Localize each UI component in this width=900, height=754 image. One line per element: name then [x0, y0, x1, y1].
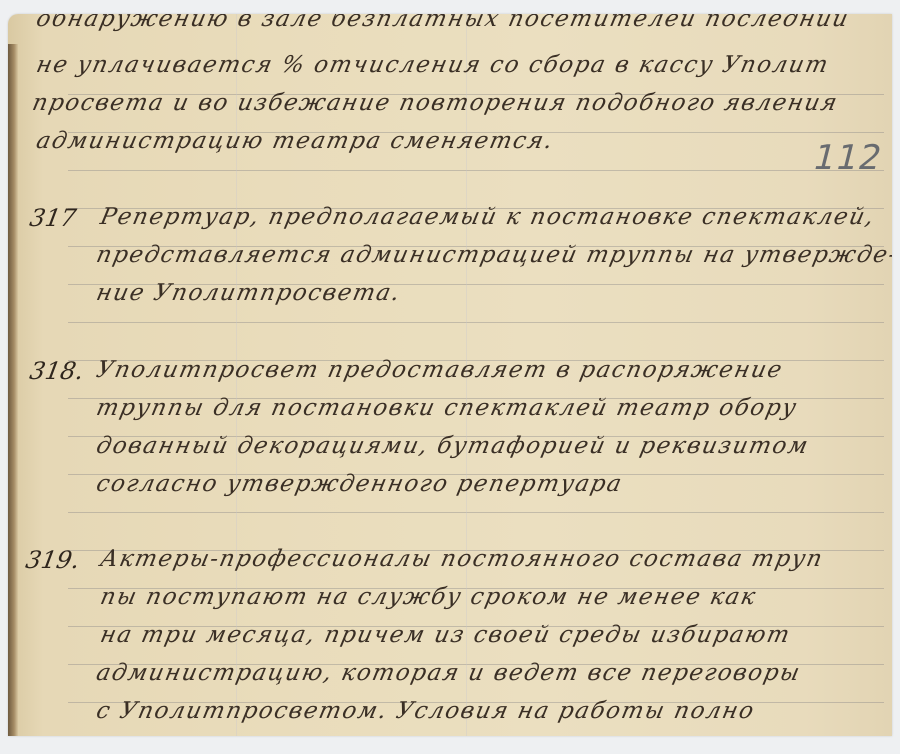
text-line: не уплачивается % отчисления со сбора в … — [34, 52, 832, 78]
text-line: труппы для постановки спектаклей театр о… — [94, 395, 800, 421]
page-number: 112 — [809, 138, 887, 178]
text-line: пы поступают на службу сроком не менее к… — [98, 584, 759, 610]
text-line: дованный декорациями, бутафорией и рекви… — [94, 433, 812, 459]
text-line: администрацию, которая и ведет все перег… — [94, 660, 803, 686]
text-line: администрацию театра сменяется. — [34, 128, 556, 154]
ruled-line — [68, 322, 884, 323]
text-line: Репертуар, предполагаемый к постановке с… — [98, 204, 877, 230]
ruled-line — [68, 170, 884, 171]
text-line: просвета и во избежание повторения подоб… — [30, 90, 841, 116]
text-line: ние Уполитпросвета. — [94, 280, 403, 306]
text-line: согласно утвержденного репертуара — [94, 471, 625, 497]
paragraph-number: 319. — [24, 546, 82, 574]
page-binding-edge — [8, 44, 18, 736]
ruled-line — [68, 512, 884, 513]
paragraph-number: 317 — [28, 204, 79, 232]
scanned-document: обнаружению в зале безплатных посетителе… — [0, 0, 900, 754]
notebook-page: обнаружению в зале безплатных посетителе… — [8, 14, 892, 736]
text-line: на три месяца, причем из своей среды изб… — [98, 622, 793, 648]
text-line: Актеры-профессионалы постоянного состава… — [98, 546, 826, 572]
text-line: с Уполитпросветом. Условия на работы пол… — [94, 698, 757, 724]
paragraph-number: 318. — [28, 357, 86, 385]
text-line: Уполитпросвет предоставляет в распоряжен… — [94, 357, 786, 383]
text-line: представляется администрацией труппы на … — [94, 242, 892, 268]
text-line: обнаружению в зале безплатных посетителе… — [34, 14, 852, 32]
